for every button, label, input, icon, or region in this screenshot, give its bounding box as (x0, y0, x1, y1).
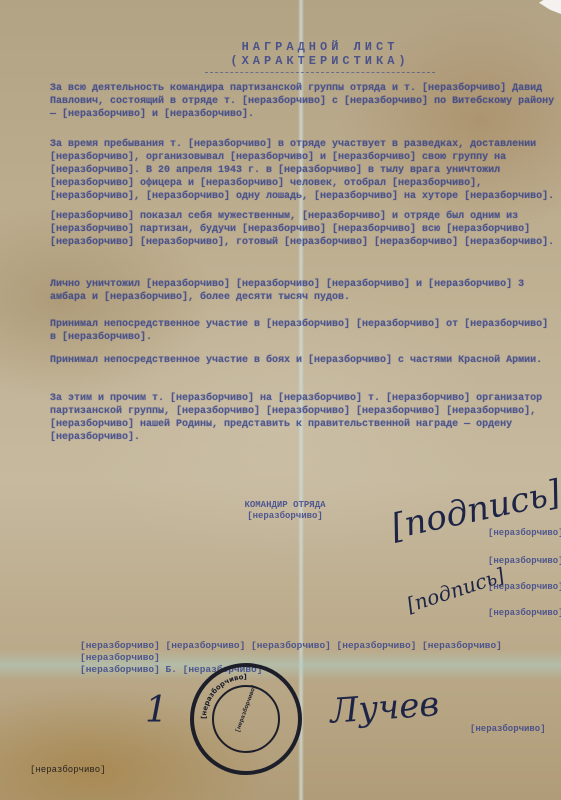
official-round-stamp: [неразборчиво] [неразборчиво] (190, 663, 302, 775)
paragraph-5: Принимал непосредственное участие в [нер… (50, 318, 555, 344)
footer-line-1: [неразборчиво] [неразборчиво] [неразборч… (80, 640, 550, 664)
paragraph-6: Принимал непосредственное участие в боях… (50, 354, 555, 367)
corner-note: [неразборчиво] (30, 765, 106, 775)
signature-title-line-2: [неразборчиво] (200, 511, 370, 522)
signature-right-line-1: [неразборчиво] (488, 528, 561, 538)
paragraph-7: За этим и прочим т. [неразборчиво] на [н… (50, 392, 555, 444)
signature-title-line-1: КОМАНДИР ОТРЯДА (200, 500, 370, 511)
footer-line-2: [неразборчиво] Б. [неразборчиво] (80, 664, 550, 676)
paragraph-4: Лично уничтожил [неразборчиво] [неразбор… (50, 278, 555, 304)
footer-typed-text: [неразборчиво] [неразборчиво] [неразборч… (80, 640, 550, 676)
signature-block-left: КОМАНДИР ОТРЯДА [неразборчиво] (200, 500, 370, 522)
handwritten-number: 1 (145, 690, 168, 731)
signature-right-line-4: [неразборчиво] (488, 608, 561, 618)
paragraph-3: [неразборчиво] показал себя мужественным… (50, 210, 555, 249)
paragraph-2: За время пребывания т. [неразборчиво] в … (50, 138, 555, 203)
document-title: НАГРАДНОЙ ЛИСТ (ХАРАКТЕРИСТИКА) (205, 40, 435, 73)
handwritten-signature-luchev: Лучев (329, 684, 441, 732)
bottom-right-typed-text: [неразборчиво] (470, 724, 546, 734)
paragraph-1: За всю деятельность командира партизанск… (50, 82, 555, 121)
